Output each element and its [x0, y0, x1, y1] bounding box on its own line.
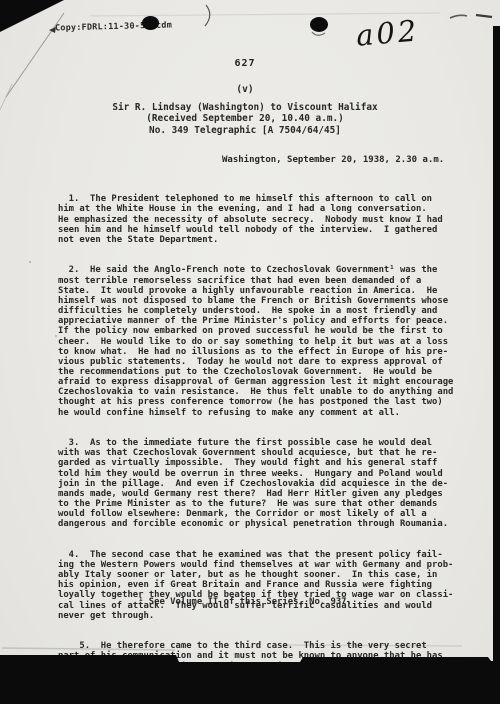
item-marker: (v) [0, 84, 490, 95]
speck-mark-2 [55, 335, 57, 337]
paragraph-2: 2. He said the Anglo-French note to Czec… [58, 265, 453, 417]
handwritten-note: a02 [355, 13, 421, 52]
hole-right-crescent [312, 32, 325, 35]
paragraph-4: 4. The second case that he examined was … [58, 550, 453, 621]
page-number: 627 [0, 58, 490, 69]
smudge-mark-1 [450, 15, 467, 18]
telegram-body: 1. The President telephoned to me himsel… [58, 174, 453, 702]
paragraph-3: 3. As to the immediate future the first … [58, 438, 453, 529]
dateline: Washington, September 20, 1938, 2.30 a.m… [222, 155, 444, 165]
speck-mark-1 [29, 261, 31, 263]
hole-punch-right-icon [310, 17, 328, 32]
hole-punch-left-icon [142, 16, 159, 30]
document-heading: Sir R. Lindsay (Washington) to Viscount … [0, 102, 490, 136]
smudge-mark-2 [476, 15, 492, 17]
footnote: ¹ See Volume II of this Series, No. 937. [0, 597, 490, 607]
document-scan: Copy:FDRL:11-30-55:cdm a02 627 (v) Sir R… [0, 0, 500, 704]
scan-edge-right [493, 26, 500, 704]
pen-mark-top [205, 5, 210, 26]
paragraph-1: 1. The President telephoned to me himsel… [58, 194, 453, 245]
